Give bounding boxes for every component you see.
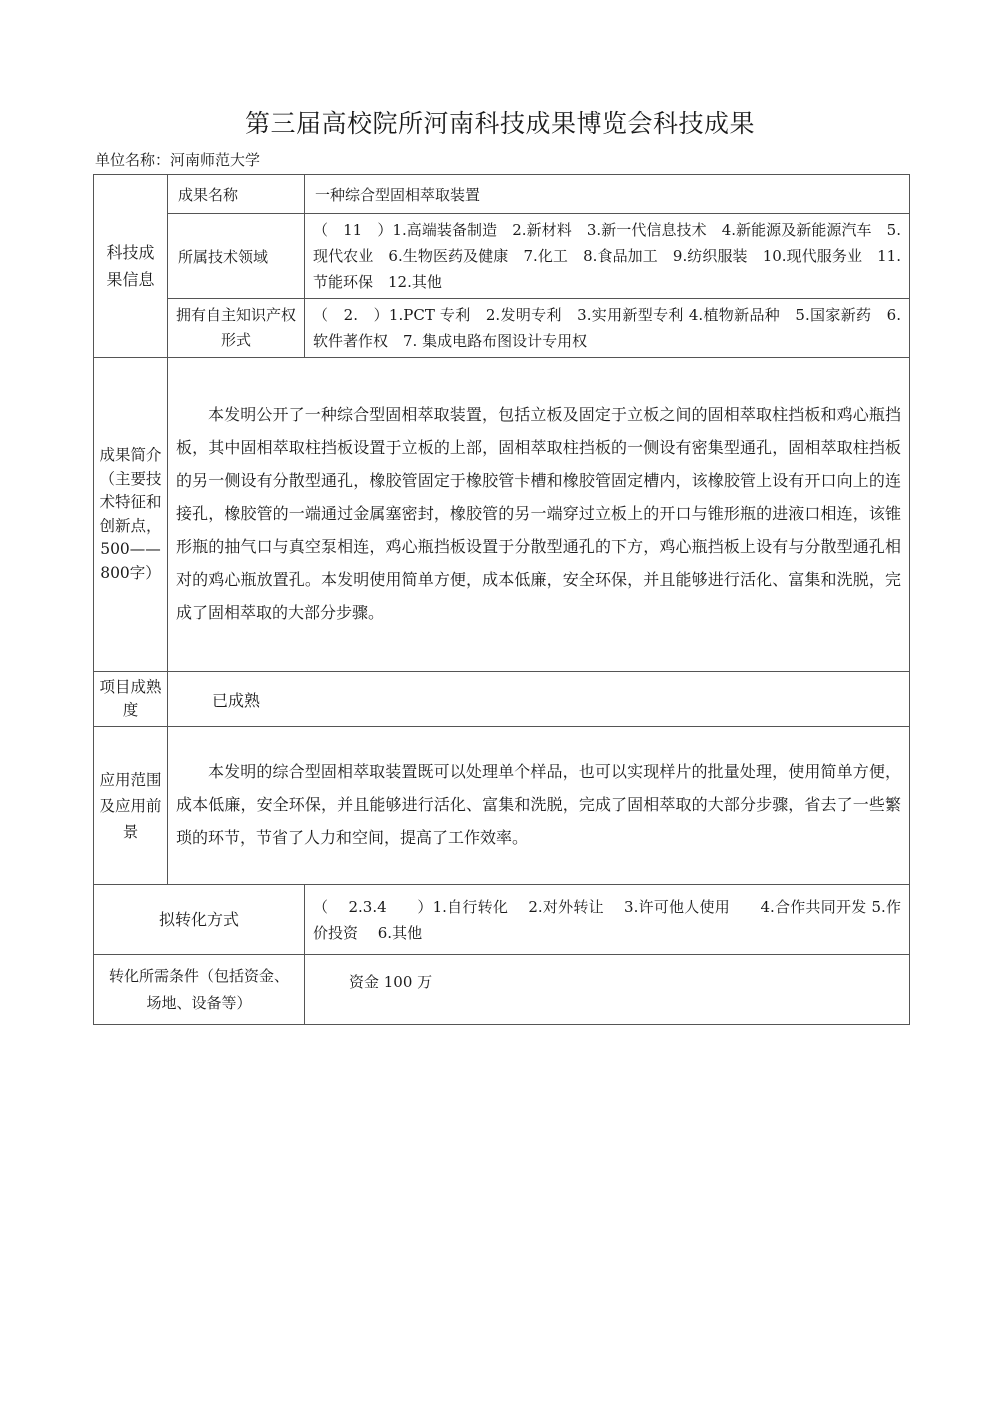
label-application: 应用范围及应用前景 xyxy=(94,727,168,885)
value-summary: 本发明公开了一种综合型固相萃取装置，包括立板及固定于立板之间的固相萃取柱挡板和鸡… xyxy=(168,358,910,672)
row-achievement-name: 科技成果信息 成果名称 一种综合型固相萃取装置 xyxy=(94,175,910,214)
row-application: 应用范围及应用前景 本发明的综合型固相萃取装置既可以处理单个样品，也可以实现样片… xyxy=(94,727,910,885)
unit-name: 单位名称：河南师范大学 xyxy=(95,149,260,170)
row-summary: 成果简介（主要技术特征和创新点，500——800字） 本发明公开了一种综合型固相… xyxy=(94,358,910,672)
row-tech-field: 所属技术领域 （ 11 ）1.高端装备制造 2.新材料 3.新一代信息技术 4.… xyxy=(94,214,910,299)
row-transfer-mode: 拟转化方式 （ 2.3.4 ）1.自行转化 2.对外转让 3.许可他人使用 4.… xyxy=(94,885,910,955)
row-maturity: 项目成熟度 已成熟 xyxy=(94,672,910,727)
value-tech-field: （ 11 ）1.高端装备制造 2.新材料 3.新一代信息技术 4.新能源及新能源… xyxy=(305,214,910,299)
value-ip-form: （ 2. ）1.PCT 专利 2.发明专利 3.实用新型专利 4.植物新品种 5… xyxy=(305,299,910,358)
document-title: 第三届高校院所河南科技成果博览会科技成果 xyxy=(0,104,1000,140)
row-ip-form: 拥有自主知识产权形式 （ 2. ）1.PCT 专利 2.发明专利 3.实用新型专… xyxy=(94,299,910,358)
label-tech-field: 所属技术领域 xyxy=(168,214,305,299)
label-maturity: 项目成熟度 xyxy=(94,672,168,727)
value-achievement-name: 一种综合型固相萃取装置 xyxy=(305,175,910,214)
value-maturity: 已成熟 xyxy=(168,672,910,727)
achievement-form-table: 科技成果信息 成果名称 一种综合型固相萃取装置 所属技术领域 （ 11 ）1.高… xyxy=(93,174,910,1025)
section-label-info: 科技成果信息 xyxy=(94,175,168,358)
value-transfer-mode: （ 2.3.4 ）1.自行转化 2.对外转让 3.许可他人使用 4.合作共同开发… xyxy=(305,885,910,955)
label-ip-form: 拥有自主知识产权形式 xyxy=(168,299,305,358)
label-requirements: 转化所需条件（包括资金、场地、设备等） xyxy=(94,955,305,1025)
value-application: 本发明的综合型固相萃取装置既可以处理单个样品，也可以实现样片的批量处理，使用简单… xyxy=(168,727,910,885)
row-requirements: 转化所需条件（包括资金、场地、设备等） 资金 100 万 xyxy=(94,955,910,1025)
value-requirements: 资金 100 万 xyxy=(305,955,910,1025)
label-transfer-mode: 拟转化方式 xyxy=(94,885,305,955)
label-summary: 成果简介（主要技术特征和创新点，500——800字） xyxy=(94,358,168,672)
label-achievement-name: 成果名称 xyxy=(168,175,305,214)
